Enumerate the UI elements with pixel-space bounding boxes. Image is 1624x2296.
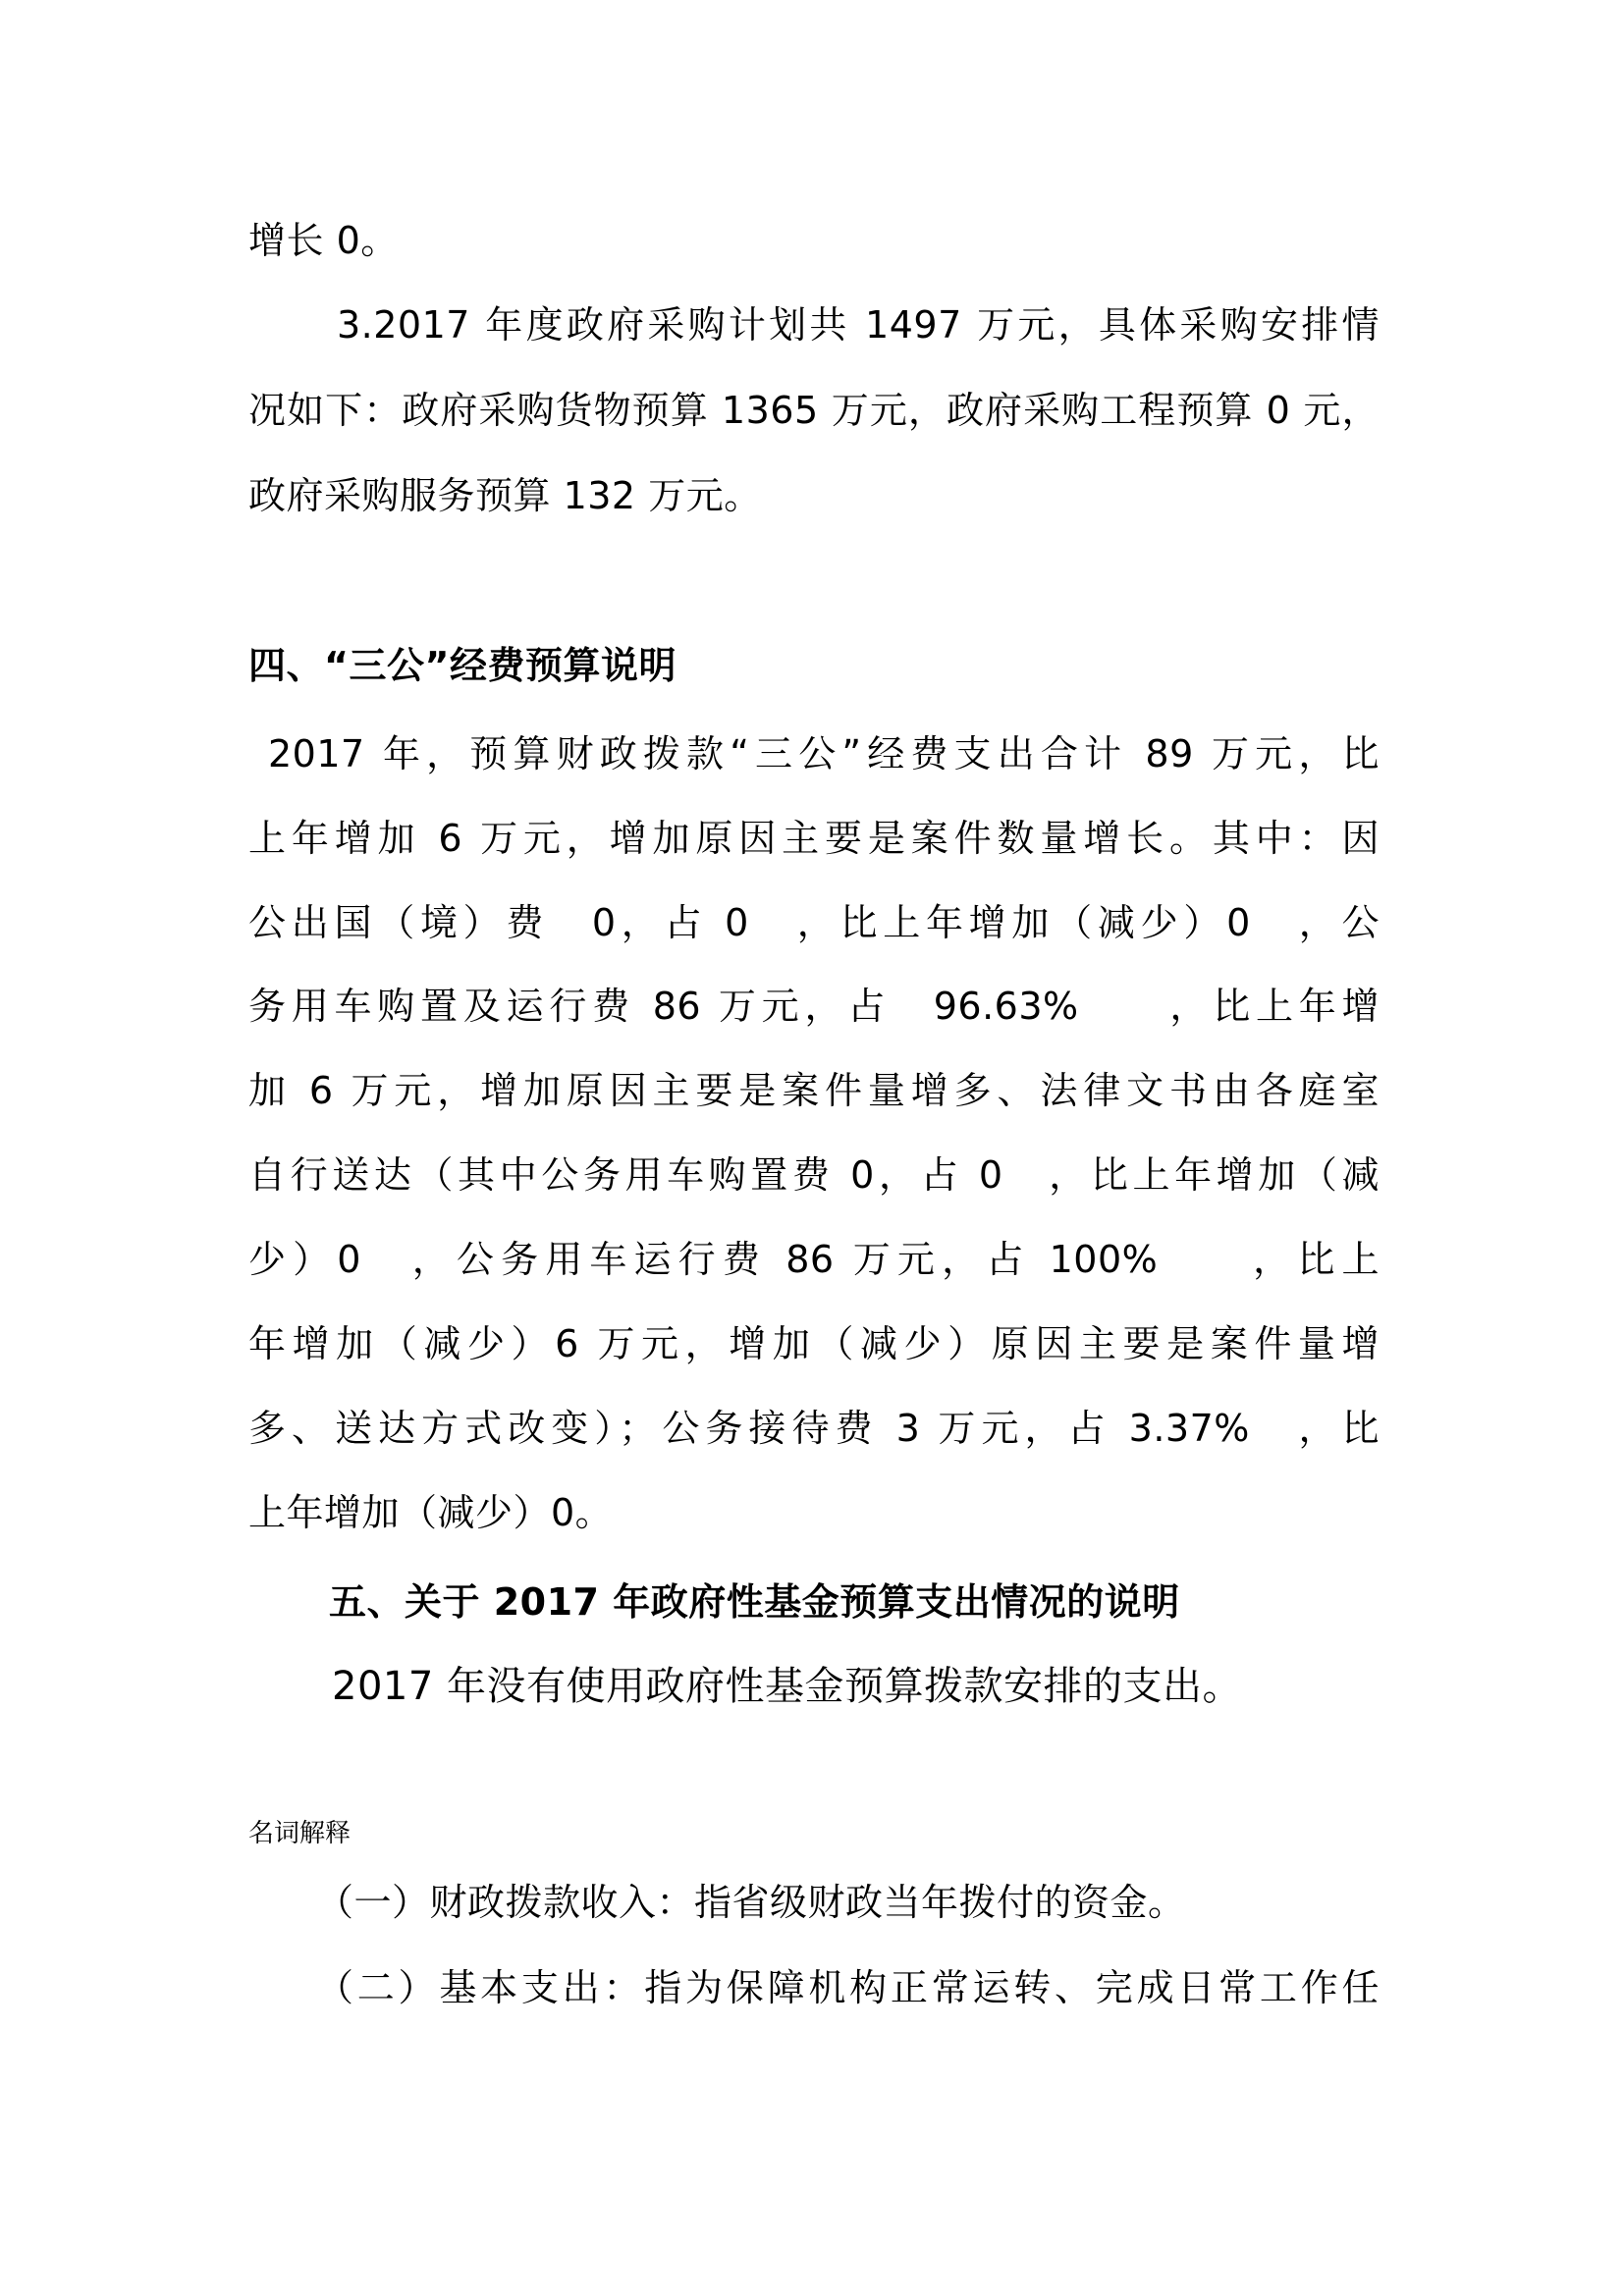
sangong-line-6: 自行送达（其中公务用车购置费 0，占 0 ，比上年增加（减 (248, 1146, 1380, 1204)
sangong-line-8: 年增加（减少）6 万元，增加（减少）原因主要是案件量增 (248, 1314, 1380, 1373)
paragraph-tail: 增长 0。 (248, 211, 399, 270)
procurement-line-3: 政府采购服务预算 132 万元。 (248, 466, 762, 525)
procurement-line-2: 况如下：政府采购货物预算 1365 万元，政府采购工程预算 0 元， (248, 381, 1380, 440)
glossary-item-1: （一）财政拨款收入：指省级财政当年拨付的资金。 (316, 1873, 1186, 1932)
procurement-line-1: 3.2017 年度政府采购计划共 1497 万元，具体采购安排情 (337, 295, 1380, 354)
sangong-line-2: 上年增加 6 万元，增加原因主要是案件数量增长。其中：因 (248, 809, 1380, 868)
sangong-line-4: 务用车购置及运行费 86 万元，占 96.63% ，比上年增 (248, 977, 1380, 1036)
glossary-label: 名词解释 (248, 1814, 351, 1853)
document-page: 增长 0。 3.2017 年度政府采购计划共 1497 万元，具体采购安排情 况… (0, 0, 1624, 2296)
sangong-line-3: 公出国（境）费 0，占 0 ，比上年增加（减少）0 ，公 (248, 893, 1380, 952)
glossary-item-2: （二）基本支出：指为保障机构正常运转、完成日常工作任 (316, 1958, 1380, 2017)
fund-body: 2017 年没有使用政府性基金预算拨款安排的支出。 (332, 1657, 1242, 1716)
section-heading-fund: 五、关于 2017 年政府性基金预算支出情况的说明 (329, 1573, 1180, 1631)
section-heading-sangong: 四、“三公”经费预算说明 (248, 636, 677, 695)
sangong-line-1: 2017 年，预算财政拨款“三公”经费支出合计 89 万元，比 (268, 724, 1380, 783)
sangong-line-9: 多、送达方式改变）；公务接待费 3 万元，占 3.37% ，比 (248, 1399, 1380, 1458)
sangong-line-10: 上年增加（减少）0。 (248, 1483, 613, 1542)
sangong-line-7: 少）0 ，公务用车运行费 86 万元，占 100% ，比上 (248, 1230, 1380, 1289)
sangong-line-5: 加 6 万元，增加原因主要是案件量增多、法律文书由各庭室 (248, 1061, 1380, 1120)
